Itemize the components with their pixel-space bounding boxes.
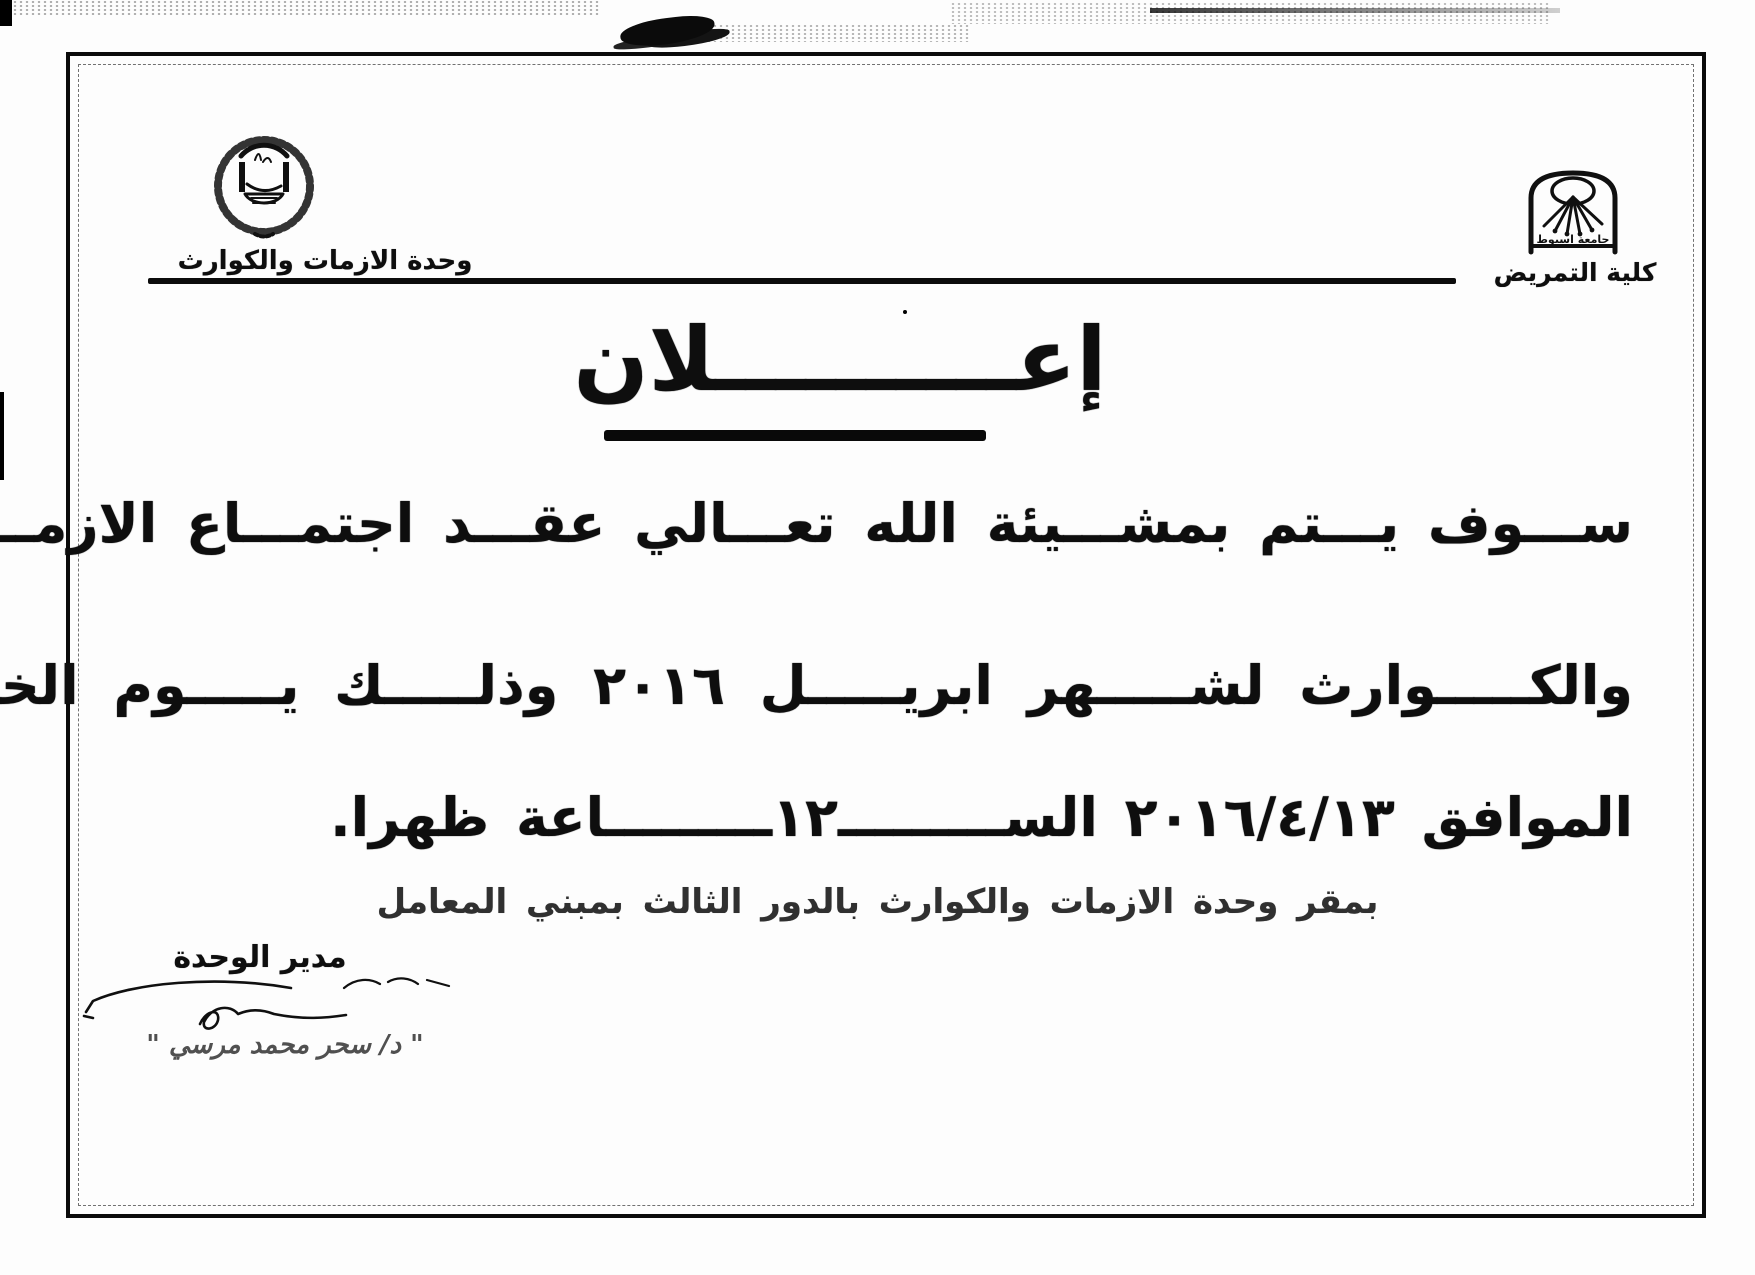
- scan-artifact: [0, 0, 12, 26]
- university-emblem-icon: جامعة اسيوط: [1522, 166, 1624, 256]
- scanned-announcement-page: { "header": { "unit_label": "وحدة الازما…: [0, 0, 1755, 1275]
- header-divider: [148, 278, 1456, 284]
- announcement-line-1: ســـوف يـــتم بمشـــيئة الله تعـــالي عق…: [128, 492, 1633, 555]
- signatory-title: مدير الوحدة: [150, 940, 370, 975]
- unit-label: وحدة الازمات والكوارث: [150, 246, 500, 276]
- signatory-name: " د/ سحر محمد مرسي ": [100, 1030, 470, 1060]
- faculty-label: كلية التمريض: [1490, 258, 1660, 287]
- announcement-line-3: الموافق ٢٠١٦/٤/١٣ الســـــــــ١٢ــــــــ…: [128, 786, 1633, 849]
- scan-artifact: [700, 24, 970, 42]
- page-title: إعــــــــــلان: [0, 312, 1680, 409]
- venue-line: بمقر وحدة الازمات والكوارث بالدور الثالث…: [0, 882, 1755, 922]
- scan-artifact: [0, 0, 600, 16]
- crisis-unit-emblem-icon: [203, 126, 325, 250]
- title-underline: [604, 430, 986, 441]
- university-emblem-text: جامعة اسيوط: [1537, 233, 1610, 246]
- scan-artifact: [619, 12, 716, 49]
- announcement-line-2: والكـــــوارث لشـــــهر ابريـــــل ٢٠١٦ …: [128, 654, 1633, 717]
- scan-artifact: [950, 2, 1550, 24]
- scan-artifact: [1150, 8, 1560, 13]
